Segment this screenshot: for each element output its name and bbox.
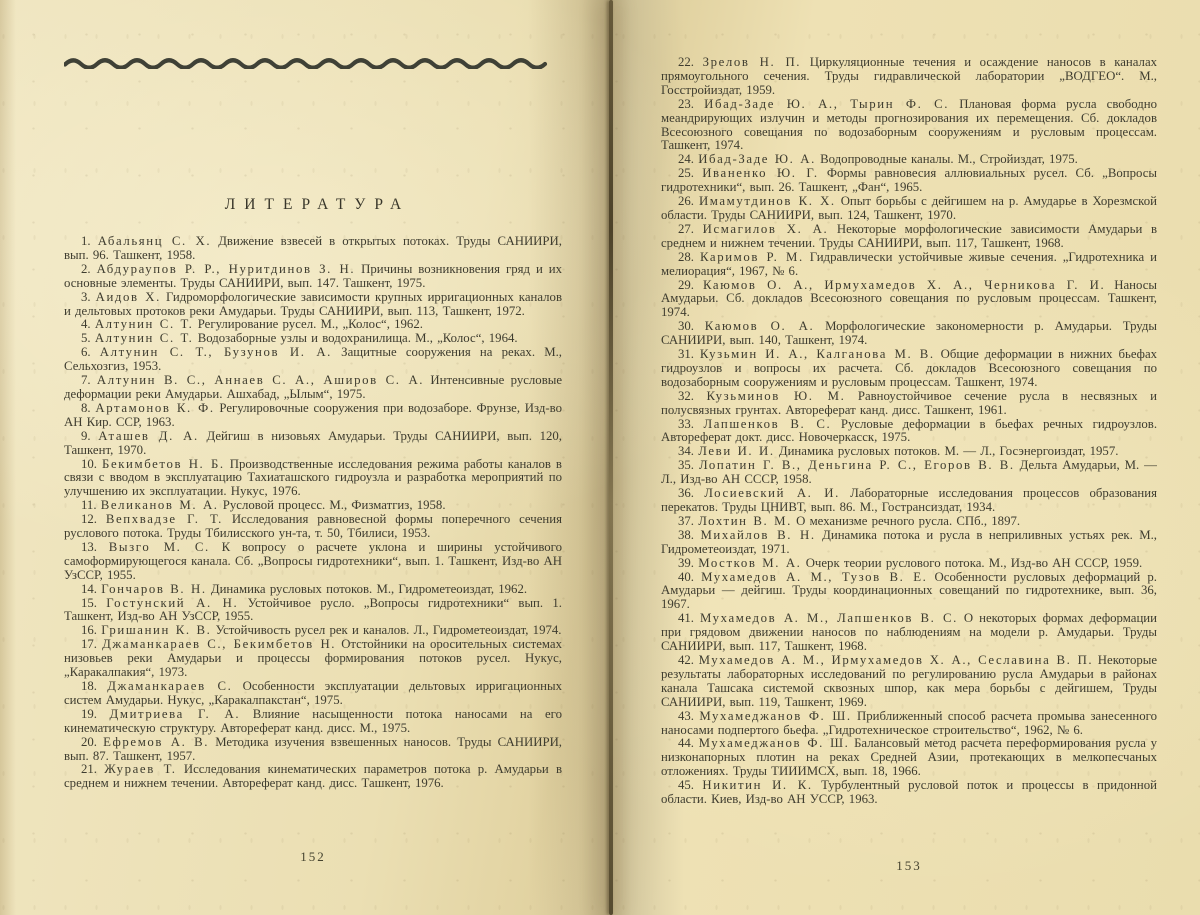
bibliography-entry: 17. Джаманкараев С., Бекимбетов Н. Отсто… xyxy=(64,638,562,680)
entry-number: 1. xyxy=(81,234,91,248)
entry-number: 16. xyxy=(81,623,97,637)
entry-authors: Михайлов В. Н. xyxy=(700,528,815,542)
entry-text: Динамика русловых потоков. М. — Л., Госэ… xyxy=(779,444,1119,458)
bibliography-entry: 38. Михайлов В. Н. Динамика потока и рус… xyxy=(661,529,1157,557)
bibliography-entry: 13. Вызго М. С. К вопросу о расчете укло… xyxy=(64,541,562,583)
entry-authors: Кузьминов Ю. М. xyxy=(706,389,845,403)
bibliography-entry: 45. Никитин И. К. Турбулентный русловой … xyxy=(661,779,1157,807)
entry-number: 23. xyxy=(678,97,694,111)
bibliography-entry: 32. Кузьминов Ю. М. Равноустойчивое сече… xyxy=(661,390,1157,418)
entry-number: 10. xyxy=(81,457,97,471)
bibliography-entry: 12. Вепхвадзе Г. Т. Исследования равнове… xyxy=(64,513,562,541)
bibliography-entry: 29. Каюмов О. А., Ирмухамедов Х. А., Чер… xyxy=(661,279,1157,321)
bibliography-entry: 7. Алтунин В. С., Аннаев С. А., Аширов С… xyxy=(64,374,562,402)
bibliography-entry: 19. Дмитриева Г. А. Влияние насыщенности… xyxy=(64,708,562,736)
entry-authors: Ибад-Заде Ю. А. xyxy=(698,152,816,166)
entry-number: 27. xyxy=(678,222,694,236)
entry-authors: Алтунин В. С., Аннаев С. А., Аширов С. А… xyxy=(97,373,424,387)
book-gutter xyxy=(609,0,613,915)
entry-number: 11. xyxy=(81,498,97,512)
bibliography-entry: 30. Каюмов О. А. Морфологические законом… xyxy=(661,320,1157,348)
entry-authors: Абальянц С. Х. xyxy=(98,234,211,248)
entry-number: 25. xyxy=(678,166,694,180)
entry-authors: Гончаров В. Н. xyxy=(101,582,206,596)
entry-number: 33. xyxy=(678,417,694,431)
entry-authors: Каюмов О. А., Ирмухамедов Х. А., Чернико… xyxy=(703,278,1105,292)
entry-authors: Бекимбетов Н. Б. xyxy=(102,457,225,471)
entry-number: 6. xyxy=(81,345,91,359)
entry-number: 35. xyxy=(678,458,694,472)
entry-authors: Ибад-Заде Ю. А., Тырин Ф. С. xyxy=(704,97,949,111)
entry-authors: Ефремов А. В. xyxy=(103,735,209,749)
bibliography-entry: 10. Бекимбетов Н. Б. Производственные ис… xyxy=(64,458,562,500)
entry-authors: Алтунин С. Т., Бузунов И. А. xyxy=(100,345,332,359)
bibliography-entry: 27. Исмагилов Х. А. Некоторые морфологич… xyxy=(661,223,1157,251)
entry-authors: Никитин И. К. xyxy=(702,778,812,792)
entry-number: 37. xyxy=(678,514,694,528)
entry-number: 26. xyxy=(678,194,694,208)
bibliography-entry: 39. Мостков М. А. Очерк теории руслового… xyxy=(661,557,1157,571)
page-title: ЛИТЕРАТУРА xyxy=(64,196,562,214)
entry-number: 18. xyxy=(81,679,97,693)
entry-number: 4. xyxy=(81,317,91,331)
bibliography-entry: 34. Леви И. И. Динамика русловых потоков… xyxy=(661,445,1157,459)
bibliography-entry: 15. Гостунский А. Н. Устойчивое русло. „… xyxy=(64,597,562,625)
bibliography-entry: 6. Алтунин С. Т., Бузунов И. А. Защитные… xyxy=(64,346,562,374)
bibliography-entry: 9. Аташев Д. А. Дейгиш в низовьях Амудар… xyxy=(64,430,562,458)
page-number-right: 153 xyxy=(661,858,1157,874)
entry-authors: Аташев Д. А. xyxy=(98,429,199,443)
bibliography-entry: 14. Гончаров В. Н. Динамика русловых пот… xyxy=(64,583,562,597)
entry-number: 19. xyxy=(81,707,97,721)
entry-authors: Алтунин С. Т. xyxy=(95,317,194,331)
bibliography-entry: 42. Мухамедов А. М., Ирмухамедов Х. А., … xyxy=(661,654,1157,710)
entry-authors: Вызго М. С. xyxy=(109,540,210,554)
entry-authors: Великанов М. А. xyxy=(101,498,219,512)
entry-authors: Лосиевский А. И. xyxy=(704,486,840,500)
entry-number: 21. xyxy=(81,762,97,776)
entry-number: 34. xyxy=(678,444,694,458)
bibliography-entry: 2. Абдураупов Р. Р., Нуритдинов З. Н. Пр… xyxy=(64,263,562,291)
entry-authors: Леви И. И. xyxy=(698,444,774,458)
bibliography-entry: 35. Лопатин Г. В., Деньгина Р. С., Егоро… xyxy=(661,459,1157,487)
entry-authors: Исмагилов Х. А. xyxy=(703,222,829,236)
entry-authors: Лохтин В. М. xyxy=(698,514,792,528)
entry-authors: Жураев Т. xyxy=(104,762,176,776)
entry-authors: Каюмов О. А. xyxy=(705,319,815,333)
entry-authors: Кузьмин И. А., Калганова М. В. xyxy=(700,347,935,361)
bibliography-entry: 5. Алтунин С. Т. Водозаборные узлы и вод… xyxy=(64,332,562,346)
entry-text: Водозаборные узлы и водохранилища. М., „… xyxy=(198,331,518,345)
bibliography-list-right: 22. Зрелов Н. П. Циркуляционные течения … xyxy=(661,56,1157,807)
bibliography-list-left: 1. Абальянц С. Х. Движение взвесей в отк… xyxy=(64,235,562,791)
entry-authors: Каримов Р. М. xyxy=(700,250,804,264)
entry-number: 7. xyxy=(81,373,91,387)
entry-number: 36. xyxy=(678,486,694,500)
bibliography-entry: 41. Мухамедов А. М., Лапшенков В. С. О н… xyxy=(661,612,1157,654)
bibliography-entry: 11. Великанов М. А. Русловой процесс. М.… xyxy=(64,499,562,513)
entry-number: 44. xyxy=(678,736,694,750)
bibliography-entry: 44. Мухамеджанов Ф. Ш. Балансовый метод … xyxy=(661,737,1157,779)
entry-number: 40. xyxy=(678,570,694,584)
bibliography-entry: 4. Алтунин С. Т. Регулирование русел. М.… xyxy=(64,318,562,332)
entry-authors: Мостков М. А. xyxy=(698,556,801,570)
entry-number: 20. xyxy=(81,735,97,749)
bibliography-entry: 22. Зрелов Н. П. Циркуляционные течения … xyxy=(661,56,1157,98)
entry-number: 39. xyxy=(678,556,694,570)
bibliography-entry: 23. Ибад-Заде Ю. А., Тырин Ф. С. Планова… xyxy=(661,98,1157,154)
entry-authors: Вепхвадзе Г. Т. xyxy=(106,512,223,526)
entry-authors: Алтунин С. Т. xyxy=(95,331,194,345)
bibliography-entry: 21. Жураев Т. Исследования кинематически… xyxy=(64,763,562,791)
entry-authors: Аидов Х. xyxy=(96,290,161,304)
left-page: ЛИТЕРАТУРА 1. Абальянц С. Х. Движение вз… xyxy=(64,55,562,791)
bibliography-entry: 31. Кузьмин И. А., Калганова М. В. Общие… xyxy=(661,348,1157,390)
entry-authors: Мухамеджанов Ф. Ш. xyxy=(699,736,850,750)
bibliography-entry: 33. Лапшенков В. С. Русловые деформации … xyxy=(661,418,1157,446)
bibliography-entry: 40. Мухамедов А. М., Тузов В. Е. Особенн… xyxy=(661,571,1157,613)
bibliography-entry: 18. Джаманкараев С. Особенности эксплуат… xyxy=(64,680,562,708)
entry-number: 42. xyxy=(678,653,694,667)
entry-number: 12. xyxy=(81,512,97,526)
entry-number: 28. xyxy=(678,250,694,264)
entry-number: 17. xyxy=(81,637,97,651)
bibliography-entry: 24. Ибад-Заде Ю. А. Водопроводные каналы… xyxy=(661,153,1157,167)
entry-authors: Иваненко Ю. Г. xyxy=(702,166,818,180)
entry-authors: Абдураупов Р. Р., Нуритдинов З. Н. xyxy=(97,262,356,276)
entry-number: 29. xyxy=(678,278,694,292)
bibliography-entry: 28. Каримов Р. М. Гидравлически устойчив… xyxy=(661,251,1157,279)
entry-number: 5. xyxy=(81,331,91,345)
page-number-left: 152 xyxy=(64,849,562,865)
entry-text: Водопроводные каналы. М., Стройиздат, 19… xyxy=(820,152,1078,166)
entry-number: 14. xyxy=(81,582,97,596)
entry-authors: Мухамедов А. М., Лапшенков В. С. xyxy=(700,611,958,625)
entry-number: 43. xyxy=(678,709,694,723)
bibliography-entry: 1. Абальянц С. Х. Движение взвесей в отк… xyxy=(64,235,562,263)
entry-authors: Мухамедов А. М., Ирмухамедов Х. А., Сесл… xyxy=(699,653,1094,667)
braided-rule-ornament xyxy=(64,55,562,69)
entry-authors: Джаманкараев С., Бекимбетов Н. xyxy=(102,637,336,651)
entry-text: Очерк теории руслового потока. М., Изд-в… xyxy=(806,556,1142,570)
bibliography-entry: 43. Мухамеджанов Ф. Ш. Приближенный спос… xyxy=(661,710,1157,738)
entry-authors: Джаманкараев С. xyxy=(107,679,232,693)
entry-number: 38. xyxy=(678,528,694,542)
bibliography-entry: 20. Ефремов А. В. Методика изучения взве… xyxy=(64,736,562,764)
entry-number: 9. xyxy=(81,429,91,443)
entry-number: 31. xyxy=(678,347,694,361)
entry-text: О механизме речного русла. СПб., 1897. xyxy=(796,514,1020,528)
bibliography-entry: 8. Артамонов К. Ф. Регулировочные сооруж… xyxy=(64,402,562,430)
entry-text: Русловой процесс. М., Физматгиз, 1958. xyxy=(223,498,446,512)
entry-authors: Гришанин К. В. xyxy=(101,623,211,637)
entry-authors: Зрелов Н. П. xyxy=(703,55,802,69)
bibliography-entry: 16. Гришанин К. В. Устойчивость русел ре… xyxy=(64,624,562,638)
bibliography-entry: 25. Иваненко Ю. Г. Формы равновесия аллю… xyxy=(661,167,1157,195)
entry-authors: Мухамеджанов Ф. Ш. xyxy=(699,709,851,723)
entry-number: 2. xyxy=(81,262,91,276)
bibliography-entry: 3. Аидов Х. Гидроморфологические зависим… xyxy=(64,291,562,319)
entry-text: Устойчивость русел рек и каналов. Л., Ги… xyxy=(216,623,562,637)
entry-number: 8. xyxy=(81,401,91,415)
entry-number: 3. xyxy=(81,290,91,304)
bibliography-entry: 26. Имамутдинов К. Х. Опыт борьбы с дейг… xyxy=(661,195,1157,223)
entry-number: 22. xyxy=(678,55,694,69)
entry-authors: Гостунский А. Н. xyxy=(106,596,238,610)
entry-number: 24. xyxy=(678,152,694,166)
bibliography-entry: 37. Лохтин В. М. О механизме речного рус… xyxy=(661,515,1157,529)
entry-authors: Имамутдинов К. Х. xyxy=(699,194,836,208)
bibliography-entry: 36. Лосиевский А. И. Лабораторные исслед… xyxy=(661,487,1157,515)
entry-text: Динамика русловых потоков. М., Гидромете… xyxy=(211,582,527,596)
right-page: 22. Зрелов Н. П. Циркуляционные течения … xyxy=(661,56,1157,807)
entry-number: 30. xyxy=(678,319,694,333)
entry-authors: Лопатин Г. В., Деньгина Р. С., Егоров В.… xyxy=(699,458,1015,472)
entry-number: 32. xyxy=(678,389,694,403)
entry-authors: Мухамедов А. М., Тузов В. Е. xyxy=(701,570,927,584)
entry-text: Регулирование русел. М., „Колос“, 1962. xyxy=(198,317,423,331)
book-spread-scan: { "colors":{"paper":"#e9dcae","ink":"#3e… xyxy=(0,0,1200,915)
entry-number: 45. xyxy=(678,778,694,792)
entry-number: 13. xyxy=(81,540,97,554)
entry-authors: Лапшенков В. С. xyxy=(703,417,831,431)
entry-authors: Артамонов К. Ф. xyxy=(95,401,214,415)
entry-number: 15. xyxy=(81,596,97,610)
entry-number: 41. xyxy=(678,611,694,625)
entry-authors: Дмитриева Г. А. xyxy=(110,707,241,721)
